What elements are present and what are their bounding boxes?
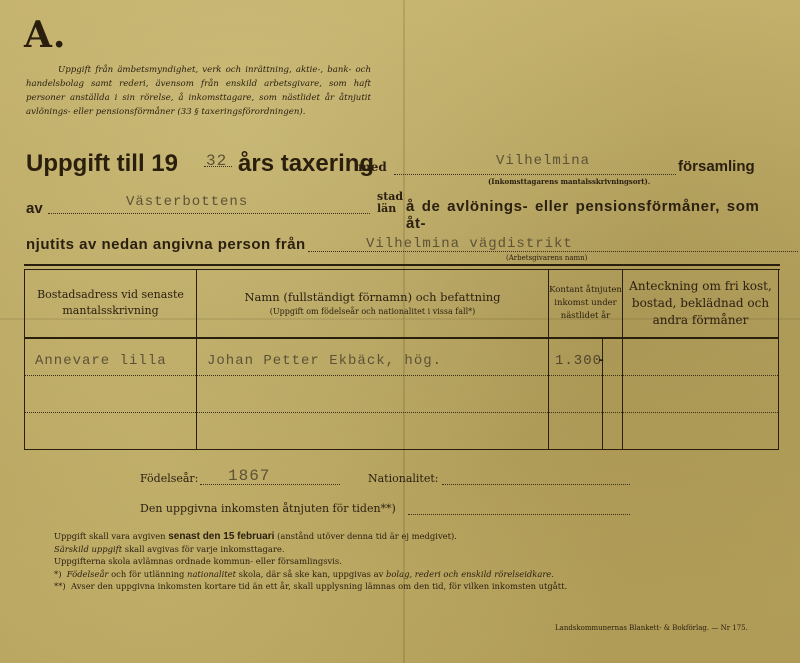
amount-cell[interactable]: 1.300 (549, 338, 603, 376)
title-prefix: Uppgift till 19 (26, 150, 178, 178)
title-row: Uppgift till 19 32 års taxering med Vilh… (26, 146, 786, 180)
county-field[interactable] (48, 213, 370, 214)
name-cell[interactable]: Johan Petter Ekbäck, hög. (197, 338, 549, 376)
employer-label: njutits av nedan angivna person från (26, 236, 306, 253)
publisher-imprint: Landskommunernas Blankett- & Bokförlag. … (555, 624, 748, 632)
address-cell[interactable]: Annevare lilla (25, 338, 197, 376)
stad-lan-label: stadlän (377, 191, 403, 215)
ore-cell[interactable] (603, 376, 623, 413)
employer-value: Vilhelmina vägdistrikt (366, 236, 573, 252)
birth-year-label: Födelseår: (140, 472, 198, 485)
benefits-cell[interactable] (623, 376, 779, 413)
nationality-field[interactable] (442, 484, 630, 485)
birth-nationality-row: Födelseår: 1867 Nationalitet: (140, 470, 760, 490)
ore-cell[interactable]: - (603, 338, 623, 376)
med-label: med (358, 160, 387, 174)
parish-caption: (Inkomsttagarens mantalsskrivningsort). (488, 177, 650, 186)
address-cell[interactable] (25, 376, 197, 413)
employer-caption: (Arbetsgivarens namn) (506, 254, 587, 262)
benefits-cell[interactable] (623, 338, 779, 376)
nationality-label: Nationalitet: (368, 472, 438, 485)
county-value: Västerbottens (126, 194, 248, 210)
title-suffix: års taxering (238, 150, 374, 178)
av-label: av (26, 200, 43, 217)
name-cell[interactable] (197, 413, 549, 450)
parish-field[interactable] (394, 174, 676, 175)
footnote-2: **) Avser den uppgivna inkomsten kortare… (54, 580, 774, 592)
header-address: Bostadsadress vid senaste mantalsskrivni… (25, 269, 197, 338)
table-row (25, 413, 779, 450)
amount-cell[interactable] (549, 376, 603, 413)
intro-text: Uppgift från ämbetsmyndighet, verk och i… (26, 63, 371, 119)
address-cell[interactable] (25, 413, 197, 450)
table-row (25, 376, 779, 413)
header-name: Namn (fullständigt förnamn) och befattni… (197, 269, 549, 338)
note-order: Uppgifterna skola avlämnas ordnade kommu… (54, 555, 774, 567)
form-letter: A. (24, 14, 66, 56)
header-name-note: (Uppgift om födelseår och nationalitet i… (197, 306, 548, 318)
income-table: Bostadsadress vid senaste mantalsskrivni… (24, 269, 779, 450)
header-amount: Kontant åtnjuten inkomst under nästlidet… (549, 269, 623, 338)
benefits-text: å de avlönings- eller pensionsförmåner, … (406, 198, 786, 232)
birth-year-value: 1867 (228, 467, 270, 485)
table-row: Annevare lilla Johan Petter Ekbäck, hög.… (25, 338, 779, 376)
instructions: Uppgift skall vara avgiven senast den 15… (54, 530, 774, 592)
forsamling-label: församling (678, 158, 755, 175)
tax-year-value: 32 (206, 152, 227, 170)
income-period-field[interactable] (408, 514, 630, 515)
employer-row: njutits av nedan angivna person från Vil… (26, 232, 786, 266)
header-notes: Anteckning om fri kost, bostad, beklädna… (623, 269, 779, 338)
footnote-1: *) Födelseår och för utlänning nationali… (54, 568, 774, 580)
name-cell[interactable] (197, 376, 549, 413)
county-row: av Västerbottens stadlän å de avlönings-… (26, 192, 786, 226)
parish-value: Vilhelmina (496, 153, 590, 169)
benefits-cell[interactable] (623, 413, 779, 450)
note-separate: Särskild uppgift skall avgivas för varje… (54, 543, 774, 555)
amount-cell[interactable] (549, 413, 603, 450)
income-period-row: Den uppgivna inkomsten åtnjuten för tide… (140, 502, 760, 522)
income-period-label: Den uppgivna inkomsten åtnjuten för tide… (140, 502, 396, 515)
note-deadline: Uppgift skall vara avgiven senast den 15… (54, 530, 774, 543)
ore-cell[interactable] (603, 413, 623, 450)
